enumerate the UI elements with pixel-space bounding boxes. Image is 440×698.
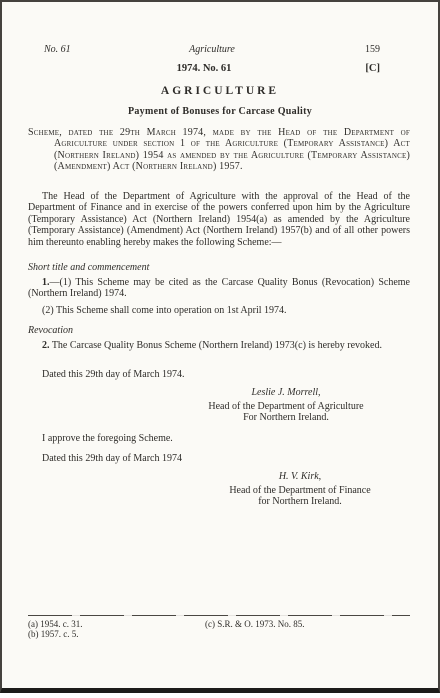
preamble: Scheme, dated the 29th March 1974, made … (28, 127, 410, 173)
paragraph-text: This Scheme may be cited as the Carcase … (28, 277, 410, 299)
signatory-title-line-2: For Northern Ireland. (243, 412, 329, 423)
document-subject: Payment of Bonuses for Carcase Quality (0, 106, 440, 117)
paragraph-2: 2. The Carcase Quality Bonus Scheme (Nor… (28, 340, 410, 351)
running-header: No. 61 Agriculture 159 (44, 44, 380, 55)
footnotes: (a) 1954. c. 31. (b) 1957. c. 5. (c) S.R… (28, 615, 410, 639)
paragraph-1-2: (2) This Scheme shall come into operatio… (28, 305, 410, 316)
instrument-number-row: 1974. No. 61 [C] (28, 63, 380, 74)
signatory-name: H. V. Kirk, (170, 471, 430, 482)
footnote-c: (c) S.R. & O. 1973. No. 85. (205, 620, 410, 630)
footnote-rule (28, 615, 410, 616)
scanned-statutory-document-page: No. 61 Agriculture 159 1974. No. 61 [C] … (0, 0, 440, 698)
paragraph-1-1: 1.—(1) This Scheme may be cited as the C… (28, 277, 410, 300)
paragraph-text: The Carcase Quality Bonus Scheme (Northe… (52, 340, 382, 351)
signature-block-finance: H. V. Kirk, Head of the Department of Fi… (170, 471, 430, 508)
page-number: 159 (365, 44, 380, 55)
approval-line: I approve the foregoing Scheme. (28, 433, 410, 444)
dated-line-1: Dated this 29th day of March 1974. (28, 369, 410, 380)
section-heading-revocation: Revocation (28, 325, 73, 336)
instrument-number: 1974. No. 61 (177, 63, 232, 74)
running-header-subject: Agriculture (44, 44, 380, 55)
paragraph-number-suffix: —(1) (50, 277, 72, 288)
footnote-b: (b) 1957. c. 5. (28, 630, 205, 640)
signatory-title-line-1: Head of the Department of Finance (229, 485, 370, 496)
section-heading-short-title: Short title and commencement (28, 262, 149, 273)
dated-line-2: Dated this 29th day of March 1974 (28, 453, 410, 464)
scan-edge-bottom (0, 693, 440, 698)
signature-block-agriculture: Leslie J. Morrell, Head of the Departmen… (148, 387, 424, 424)
signatory-title-line-2: for Northern Ireland. (258, 496, 342, 507)
paragraph-number: 2. (42, 340, 50, 351)
paragraph-number-suffix: (2) (42, 305, 54, 316)
paragraph-text: This Scheme shall come into operation on… (56, 305, 287, 316)
paragraph-number: 1. (42, 277, 50, 288)
classification-mark: [C] (365, 63, 380, 74)
signatory-name: Leslie J. Morrell, (148, 387, 424, 398)
enacting-paragraph: The Head of the Department of Agricultur… (28, 191, 410, 248)
document-title: AGRICULTURE (0, 85, 440, 97)
signatory-title-line-1: Head of the Department of Agriculture (208, 401, 363, 412)
